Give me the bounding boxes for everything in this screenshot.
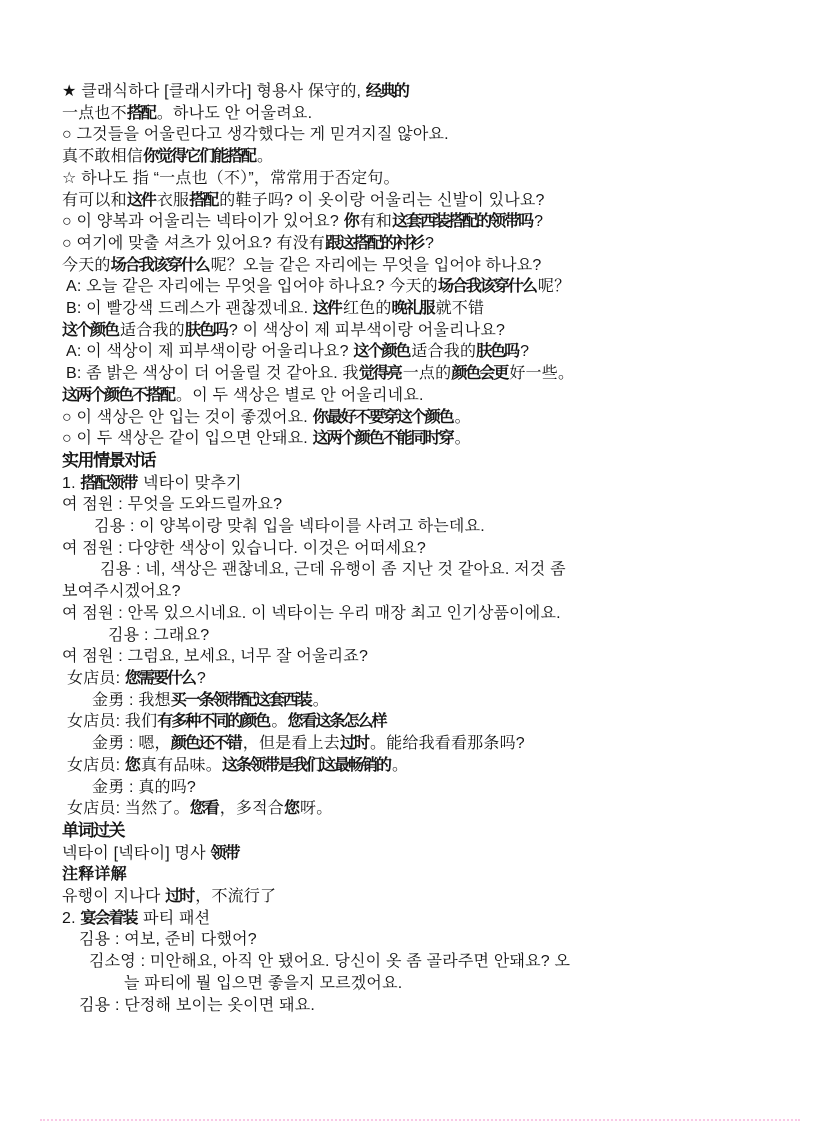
text-segment: 场合我该穿什么 <box>438 278 536 295</box>
text-segment: 这条领带是我们这最畅销的 <box>222 757 390 774</box>
text-segment: 您需要什么 <box>125 670 195 687</box>
text-line: 여 점원 : 그럼요, 보세요, 너무 잘 어울리죠? <box>62 646 768 668</box>
text-segment: 金勇 : 嗯， <box>92 735 171 752</box>
text-line: B: 이 빨강색 드레스가 괜찮겠네요. 这件红色的晚礼服就不错 <box>66 298 768 320</box>
text-segment: 这件 <box>127 192 155 209</box>
text-segment: 呢？오늘 같은 자리에는 무엇을 입어야 하나요? <box>211 257 542 274</box>
text-line: 注释详解 <box>62 864 768 886</box>
text-segment: ，多적合 <box>220 800 284 817</box>
text-line: 女店员: 当然了。您看，多적合您呀。 <box>67 798 768 820</box>
text-segment: A: 오늘 같은 자리에는 무엇을 입어야 하나요? 今天的 <box>66 278 438 295</box>
text-segment: 金勇 : 我想 <box>92 692 171 709</box>
text-segment: 买一条领带配这套西装 <box>171 692 311 709</box>
text-segment: 就不错 <box>436 300 485 317</box>
text-segment: 女店员: 我们 <box>67 713 157 730</box>
text-line: B: 좀 밝은 색상이 더 어울릴 것 같아요. 我觉得亮一点的颜色会更好一些。 <box>66 363 768 385</box>
text-segment: 。 <box>455 409 471 426</box>
text-segment: 您看这条怎么样 <box>288 713 386 730</box>
text-segment: 您 <box>125 757 139 774</box>
text-segment: 1. <box>62 475 80 492</box>
text-segment: 有多种不同的颜色 <box>157 713 269 730</box>
text-segment: B: 좀 밝은 색상이 더 어울릴 것 같아요. 我 <box>66 365 359 382</box>
text-segment: 场合我该穿什么 <box>111 257 209 274</box>
text-segment: 。하나도 안 어울려요. <box>157 105 312 122</box>
text-segment: 김용 : 그래요? <box>108 627 209 644</box>
text-segment: 金勇 : 真的吗? <box>92 779 196 796</box>
text-line: 김용 : 단정해 보이는 옷이면 돼요. <box>79 995 768 1017</box>
text-line: 김소영 : 미안해요, 아직 안 됐어요. 당신이 옷 좀 골라주면 안돼요? … <box>89 951 768 973</box>
text-segment: 有可以和 <box>62 192 127 209</box>
text-segment: 呀。 <box>300 800 332 817</box>
text-line: 유행이 지나다 过时，不流行了 <box>62 886 768 908</box>
text-line: ○ 이 색상은 안 입는 것이 좋겠어요. 你最好不要穿这个颜色。 <box>62 407 768 429</box>
text-segment: ○ 이 두 색상은 같이 입으면 안돼요. <box>62 430 313 447</box>
text-line: 真不敢相信你觉得它们能搭配。 <box>62 146 768 168</box>
text-segment: 肤色吗 <box>185 322 227 339</box>
text-segment: 김용 : 이 양복이랑 맞춰 입을 넥타이를 사려고 하는데요. <box>94 518 485 535</box>
text-line: 单词过关 <box>62 820 768 843</box>
text-segment: 你最好不要穿这个颜色 <box>313 409 453 426</box>
text-segment: 红色的 <box>343 300 392 317</box>
text-segment: 肤色吗 <box>476 343 518 360</box>
text-segment: 김용 : 여보, 준비 다했어? <box>79 931 257 948</box>
text-segment: B: 이 빨강색 드레스가 괜찮겠네요. <box>66 300 313 317</box>
text-segment: 的鞋子吗? 이 옷이랑 어울리는 신발이 있나요? <box>219 192 544 209</box>
text-segment: 搭配 <box>189 192 217 209</box>
text-line: A: 오늘 같은 자리에는 무엇을 입어야 하나요? 今天的场合我该穿什么呢？ <box>66 276 768 298</box>
text-segment: 유행이 지나다 <box>62 888 165 905</box>
text-segment: 宴会着装 <box>80 910 136 927</box>
text-segment: 过时 <box>340 735 368 752</box>
text-segment: ? <box>520 343 529 360</box>
text-segment: 女店员: 当然了。 <box>67 800 190 817</box>
text-segment: ○ 그것들을 어울린다고 생각했다는 게 믿겨지질 않아요. <box>62 126 449 143</box>
text-line: 金勇 : 嗯，颜色还不错，但是看上去过时。能给我看看那条吗? <box>92 733 768 755</box>
text-segment: ○ 이 양복과 어울리는 넥타이가 있어요? <box>62 213 344 230</box>
text-segment: 。 <box>271 713 287 730</box>
text-segment: 这件 <box>313 300 341 317</box>
text-line: 여 점원 : 다양한 색상이 있습니다. 이것은 어떠세요? <box>62 538 768 560</box>
text-segment: 。 <box>313 692 329 709</box>
text-segment: 真不敢相信 <box>62 148 143 165</box>
text-segment: 经典的 <box>366 83 408 100</box>
text-segment: 넥타이 맞추기 <box>138 475 241 492</box>
text-line: 늘 파티에 뭘 입으면 좋을지 모르겠어요. <box>124 973 768 995</box>
text-line: 这两个颜色不搭配。이 두 색상은 별로 안 어울리네요. <box>62 385 768 407</box>
text-segment: 搭配领带 <box>80 475 136 492</box>
text-segment: ，但是看上去 <box>243 735 340 752</box>
text-segment: 领带 <box>210 845 238 862</box>
text-segment: 这个颜色 <box>62 322 118 339</box>
text-line: 1. 搭配领带 넥타이 맞추기 <box>62 473 768 495</box>
text-line: 金勇 : 我想买一条领带配这套西装。 <box>92 690 768 712</box>
text-segment: 跟这搭配的衬衫 <box>325 235 423 252</box>
page-content: ★ 클래식하다 [클래시카다] 형용사 保守的, 经典的一点也不搭配。하나도 안… <box>62 81 768 1016</box>
text-segment: 김용 : 네, 색상은 괜찮네요, 근데 유행이 좀 지난 것 같아요. 저것 … <box>100 561 566 578</box>
text-line: ★ 클래식하다 [클래시카다] 형용사 保守的, 经典的 <box>62 81 768 103</box>
text-segment: 觉得亮 <box>359 365 401 382</box>
text-segment: 넥타이 [넥타이] 명사 <box>62 845 210 862</box>
text-segment: 。 <box>257 148 273 165</box>
text-segment: 这两个颜色不搭配 <box>62 387 174 404</box>
text-segment: 好一些。 <box>509 365 574 382</box>
text-segment: 女店员: <box>67 757 125 774</box>
text-segment: 实用情景对话 <box>62 451 155 470</box>
text-segment: ? <box>197 670 206 687</box>
text-segment: 颜色会更 <box>451 365 507 382</box>
text-segment: 。이 두 색상은 별로 안 어울리네요. <box>176 387 424 404</box>
text-segment: 。 <box>392 757 408 774</box>
text-line: 一点也不搭配。하나도 안 어울려요. <box>62 103 768 125</box>
text-segment: ? <box>425 235 434 252</box>
text-segment: 搭配 <box>127 105 155 122</box>
footer-dotted-divider <box>40 1119 800 1121</box>
text-segment: 您看 <box>190 800 218 817</box>
text-segment: 여 점원 : 안목 있으시네요. 이 넥타이는 우리 매장 최고 인기상품이에요… <box>62 605 561 622</box>
text-segment: 真有品味。 <box>141 757 222 774</box>
text-line: 女店员: 您真有品味。这条领带是我们这最畅销的。 <box>67 755 768 777</box>
text-segment: ? <box>534 213 543 230</box>
text-segment: 晚礼服 <box>392 300 434 317</box>
text-line: 보여주시겠어요? <box>62 581 768 603</box>
text-segment: 适合我的 <box>411 343 476 360</box>
text-line: ○ 이 두 색상은 같이 입으면 안돼요. 这两个颜色不能同时穿。 <box>62 428 768 450</box>
text-line: 넥타이 [넥타이] 명사 领带 <box>62 843 768 865</box>
text-segment: 您 <box>284 800 298 817</box>
text-segment: ○ 이 색상은 안 입는 것이 좋겠어요. <box>62 409 313 426</box>
text-segment: 过时 <box>165 888 193 905</box>
text-segment: 这两个颜色不能同时穿 <box>313 430 453 447</box>
text-line: ○ 이 양복과 어울리는 넥타이가 있어요? 你有和这套西装搭配的领带吗? <box>62 211 768 233</box>
text-segment: 呢？ <box>538 278 570 295</box>
text-segment: 你觉得它们能搭配 <box>143 148 255 165</box>
text-segment: 一点的 <box>403 365 452 382</box>
text-segment: 파티 패션 <box>138 910 210 927</box>
text-line: 金勇 : 真的吗? <box>92 777 768 799</box>
text-line: ○ 여기에 맞출 셔츠가 있어요? 有没有跟这搭配的衬衫? <box>62 233 768 255</box>
text-segment: 这个颜色 <box>353 343 409 360</box>
text-segment: 여 점원 : 다양한 색상이 있습니다. 이것은 어떠세요? <box>62 540 426 557</box>
text-line: 여 점원 : 무엇을 도와드릴까요? <box>62 494 768 516</box>
text-segment: ? 이 색상이 제 피부색이랑 어울리나요? <box>229 322 505 339</box>
text-line: 김용 : 그래요? <box>108 625 768 647</box>
text-segment: 。 <box>455 430 471 447</box>
text-segment: 适合我的 <box>120 322 185 339</box>
text-line: 女店员: 您需要什么? <box>67 668 768 690</box>
text-line: 김용 : 네, 색상은 괜찮네요, 근데 유행이 좀 지난 것 같아요. 저것 … <box>100 559 768 581</box>
text-line: 实用情景对话 <box>62 450 768 473</box>
text-segment: 2. <box>62 910 80 927</box>
text-segment: ☆ 하나도 指 “一点也（不）”，常常用于否定句。 <box>62 170 400 187</box>
text-line: 今天的场合我该穿什么呢？오늘 같은 자리에는 무엇을 입어야 하나요? <box>62 255 768 277</box>
text-segment: 여 점원 : 무엇을 도와드릴까요? <box>62 496 282 513</box>
text-segment: 김소영 : 미안해요, 아직 안 됐어요. 당신이 옷 좀 골라주면 안돼요? … <box>89 953 570 970</box>
text-segment: 衣服 <box>157 192 189 209</box>
text-segment: 单词过关 <box>62 821 124 840</box>
text-line: 김용 : 여보, 준비 다했어? <box>79 929 768 951</box>
text-segment: 注释详解 <box>62 866 127 883</box>
text-segment: ○ 여기에 맞출 셔츠가 있어요? 有没有 <box>62 235 325 252</box>
text-line: 여 점원 : 안목 있으시네요. 이 넥타이는 우리 매장 최고 인기상품이에요… <box>62 603 768 625</box>
text-line: ☆ 하나도 指 “一点也（不）”，常常用于否定句。 <box>62 168 768 190</box>
text-line: 2. 宴会着装 파티 패션 <box>62 908 768 930</box>
text-segment: 有和 <box>360 213 392 230</box>
text-line: ○ 그것들을 어울린다고 생각했다는 게 믿겨지질 않아요. <box>62 124 768 146</box>
text-line: 김용 : 이 양복이랑 맞춰 입을 넥타이를 사려고 하는데요. <box>94 516 768 538</box>
text-segment: 김용 : 단정해 보이는 옷이면 돼요. <box>79 997 315 1014</box>
text-line: 这个颜色适合我的肤色吗? 이 색상이 제 피부색이랑 어울리나요? <box>62 320 768 342</box>
text-segment: ★ 클래식하다 [클래시카다] 형용사 保守的, <box>62 83 366 100</box>
text-line: A: 이 색상이 제 피부색이랑 어울리나요? 这个颜色适合我的肤色吗? <box>66 341 768 363</box>
text-line: 女店员: 我们有多种不同的颜色。您看这条怎么样 <box>67 711 768 733</box>
text-segment: 一点也不 <box>62 105 127 122</box>
text-segment: 女店员: <box>67 670 125 687</box>
text-segment: 你 <box>344 213 358 230</box>
text-segment: ，不流行了 <box>195 888 276 905</box>
text-segment: 여 점원 : 그럼요, 보세요, 너무 잘 어울리죠? <box>62 648 368 665</box>
text-segment: A: 이 색상이 제 피부색이랑 어울리나요? <box>66 343 353 360</box>
text-segment: 。能给我看看那条吗? <box>370 735 525 752</box>
text-line: 有可以和这件衣服搭配的鞋子吗? 이 옷이랑 어울리는 신발이 있나요? <box>62 190 768 212</box>
text-segment: 보여주시겠어요? <box>62 583 181 600</box>
text-segment: 颜色还不错 <box>171 735 241 752</box>
text-segment: 这套西装搭配的领带吗 <box>392 213 532 230</box>
text-segment: 今天的 <box>62 257 111 274</box>
text-segment: 늘 파티에 뭘 입으면 좋을지 모르겠어요. <box>124 975 402 992</box>
